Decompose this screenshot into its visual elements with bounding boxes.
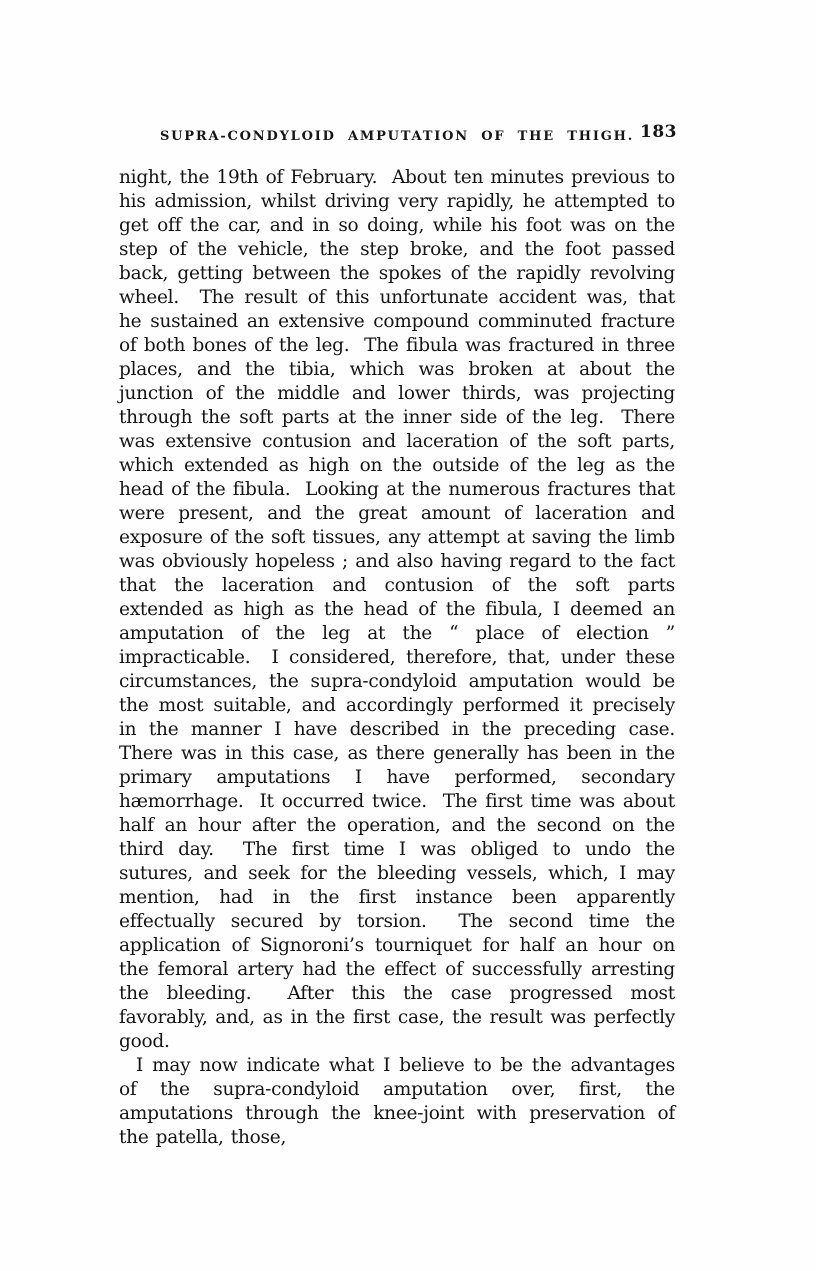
page-body: night, the 19th of February. About ten m… xyxy=(119,166,675,1150)
book-page: SUPRA-CONDYLOID AMPUTATION OF THE THIGH.… xyxy=(0,0,816,1271)
running-head-title: SUPRA-CONDYLOID AMPUTATION OF THE THIGH. xyxy=(160,129,634,144)
text-block: SUPRA-CONDYLOID AMPUTATION OF THE THIGH.… xyxy=(119,125,675,1150)
paragraph: night, the 19th of February. About ten m… xyxy=(119,166,675,1054)
running-head: SUPRA-CONDYLOID AMPUTATION OF THE THIGH.… xyxy=(119,125,675,143)
page-number: 183 xyxy=(640,122,677,142)
paragraph: I may now indicate what I believe to be … xyxy=(119,1054,675,1150)
